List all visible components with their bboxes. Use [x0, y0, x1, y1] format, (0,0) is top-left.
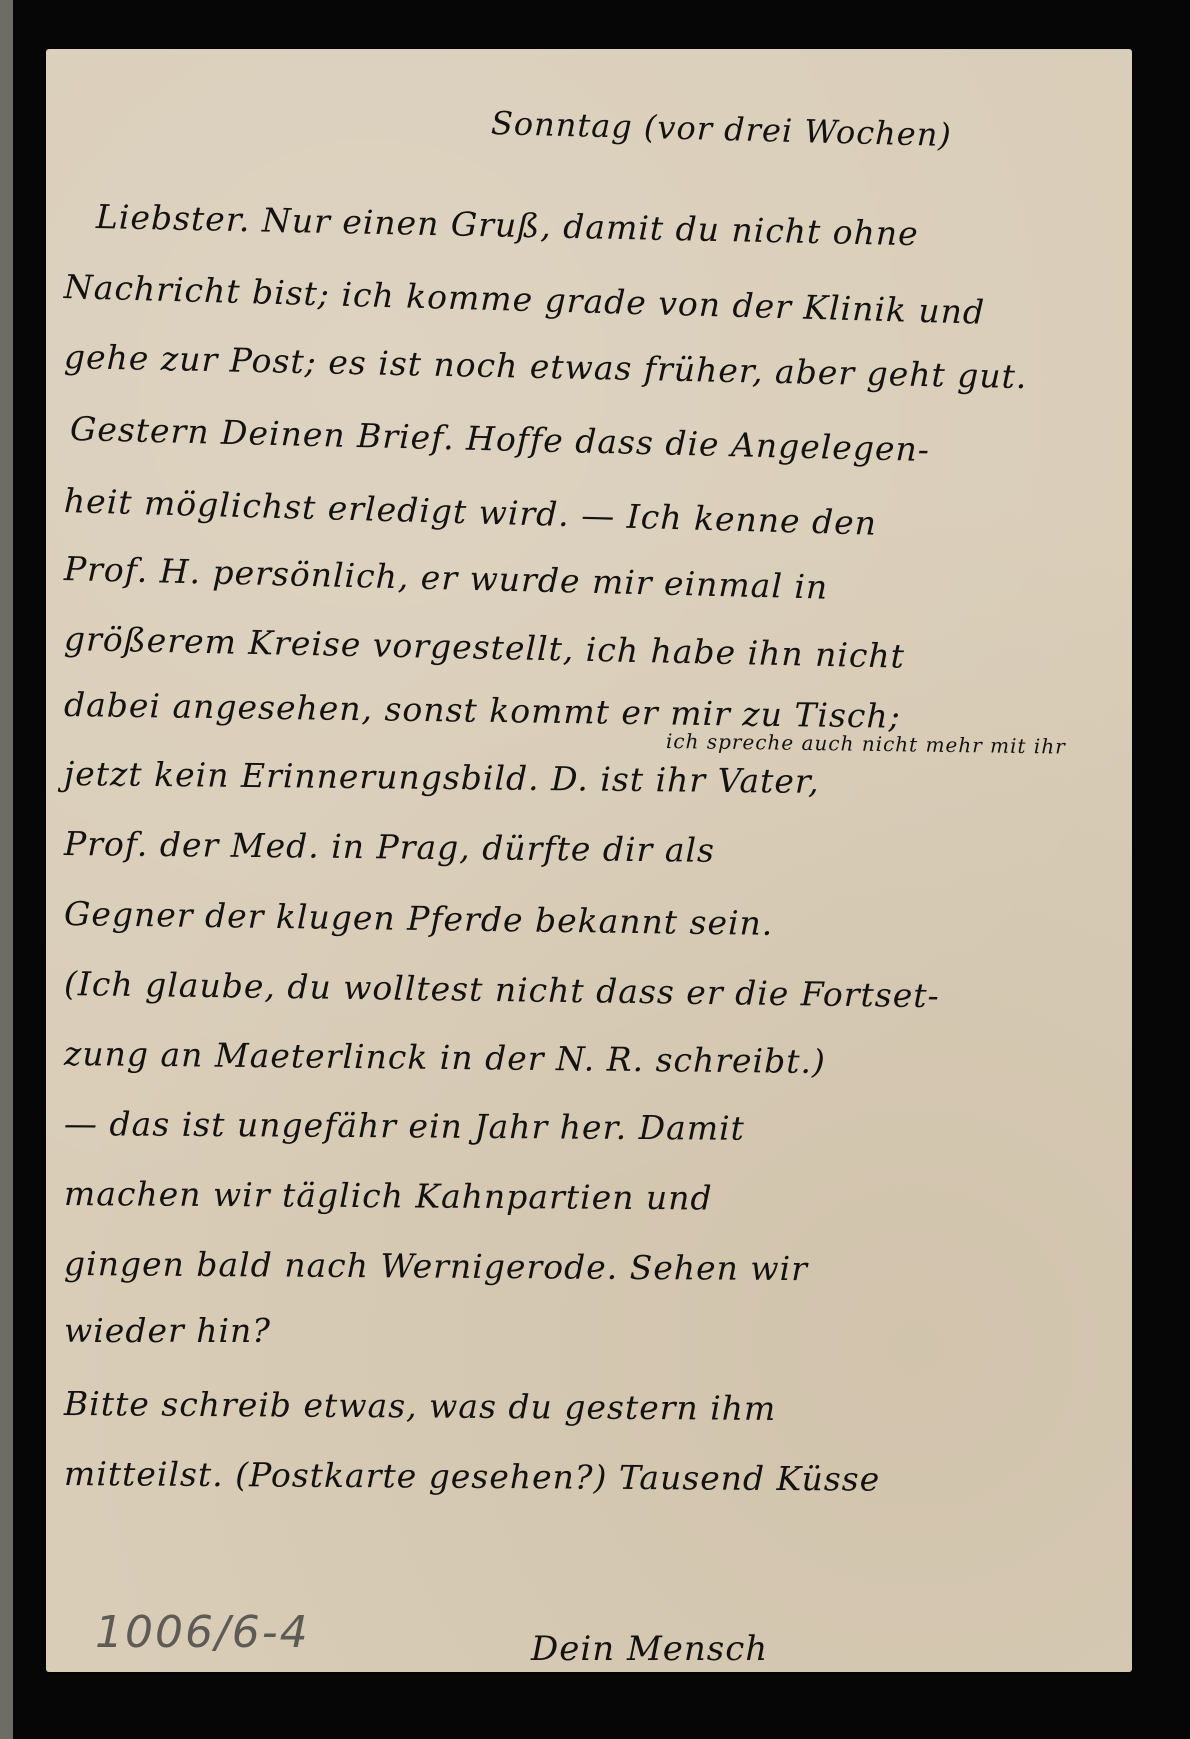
text-line-10: Prof. der Med. in Prag, dürfte dir als — [64, 824, 715, 870]
date-header: Sonntag (vor drei Wochen) — [491, 104, 953, 154]
text-line-2: Nachricht bist; ich komme grade von der … — [63, 267, 985, 332]
text-line-14: — das ist ungefähr ein Jahr her. Damit — [64, 1104, 745, 1148]
postcard: Sonntag (vor drei Wochen) Liebster. Nur … — [46, 49, 1132, 1672]
text-line-5: heit möglichst erledigt wird. — Ich kenn… — [63, 481, 877, 543]
interlinear-insertion: ich spreche auch nicht mehr mit ihr — [666, 729, 1066, 759]
text-line-16: gingen bald nach Wernigerode. Sehen wir — [64, 1244, 808, 1288]
text-line-17: wieder hin? — [64, 1311, 271, 1350]
archive-number: 1006/6-4 — [95, 1607, 310, 1658]
text-line-7: größerem Kreise vorgestellt, ich habe ih… — [64, 619, 906, 676]
text-line-6: Prof. H. persönlich, er wurde mir einmal… — [64, 549, 829, 607]
text-line-4: Gestern Deinen Brief. Hoffe dass die Ang… — [70, 409, 931, 469]
text-line-1: Liebster. Nur einen Gruß, damit du nicht… — [96, 197, 919, 253]
text-line-8: dabei angesehen, sonst kommt er mir zu T… — [64, 685, 901, 736]
text-line-3: gehe zur Post; es ist noch etwas früher,… — [64, 337, 1028, 396]
signature: Dein Mensch — [531, 1629, 768, 1669]
text-line-18: Bitte schreib etwas, was du gestern ihm — [64, 1384, 777, 1428]
text-line-12: (Ich glaube, du wolltest nicht dass er d… — [64, 964, 940, 1015]
text-line-19: mitteilst. (Postkarte gesehen?) Tausend … — [64, 1454, 880, 1499]
scanner-edge-strip — [0, 0, 13, 1739]
text-line-11: Gegner der klugen Pferde bekannt sein. — [64, 894, 774, 943]
text-line-9: jetzt kein Erinnerungsbild. D. ist ihr V… — [64, 754, 820, 801]
text-line-13: zung an Maeterlinck in der N. R. schreib… — [64, 1034, 826, 1081]
text-line-15: machen wir täglich Kahnpartien und — [64, 1174, 713, 1218]
